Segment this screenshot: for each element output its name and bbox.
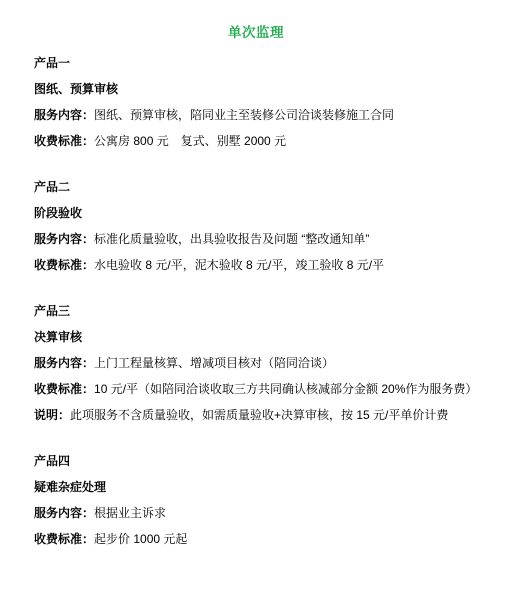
detail-text: 标准化质量验收，出具验收报告及问题 “整改通知单” [94,232,369,246]
detail-text: 10 元/平（如陪同洽谈收取三方共同确认核减部分金额 20%作为服务费） [94,382,477,396]
product-heading: 产品一 [34,57,478,70]
detail-row-service: 服务内容：图纸、预算审核，陪同业主至装修公司洽谈装修施工合同 [34,109,478,122]
detail-label: 服务内容： [34,356,94,370]
detail-text: 上门工程量核算、增减项目核对（陪同洽谈） [94,356,334,370]
product-heading: 产品二 [34,181,478,194]
product-section-1: 产品一 图纸、预算审核 服务内容：图纸、预算审核，陪同业主至装修公司洽谈装修施工… [34,57,478,148]
detail-label: 收费标准： [34,258,94,272]
detail-row-pricing: 收费标准：水电验收 8 元/平，泥木验收 8 元/平，竣工验收 8 元/平 [34,259,478,272]
detail-row-pricing: 收费标准：10 元/平（如陪同洽谈收取三方共同确认核减部分金额 20%作为服务费… [34,383,478,396]
detail-label: 服务内容： [34,506,94,520]
detail-label: 收费标准： [34,134,94,148]
detail-row-service: 服务内容：标准化质量验收，出具验收报告及问题 “整改通知单” [34,233,478,246]
detail-label: 收费标准： [34,532,94,546]
product-heading: 产品四 [34,455,478,468]
detail-text: 公寓房 800 元 复式、别墅 2000 元 [94,134,286,148]
detail-row-service: 服务内容：上门工程量核算、增减项目核对（陪同洽谈） [34,357,478,370]
detail-text: 此项服务不含质量验收，如需质量验收+决算审核，按 15 元/平单价计费 [70,408,448,422]
detail-row-pricing: 收费标准：公寓房 800 元 复式、别墅 2000 元 [34,135,478,148]
product-section-2: 产品二 阶段验收 服务内容：标准化质量验收，出具验收报告及问题 “整改通知单” … [34,181,478,272]
product-name: 阶段验收 [34,207,478,220]
product-name: 决算审核 [34,331,478,344]
product-name: 疑难杂症处理 [34,481,478,494]
detail-row-pricing: 收费标准：起步价 1000 元起 [34,533,478,546]
detail-row-service: 服务内容：根据业主诉求 [34,507,478,520]
detail-label: 服务内容： [34,232,94,246]
detail-text: 起步价 1000 元起 [94,532,187,546]
detail-text: 水电验收 8 元/平，泥木验收 8 元/平，竣工验收 8 元/平 [94,258,384,272]
product-section-4: 产品四 疑难杂症处理 服务内容：根据业主诉求 收费标准：起步价 1000 元起 [34,455,478,546]
detail-label: 服务内容： [34,108,94,122]
detail-label: 收费标准： [34,382,94,396]
product-section-3: 产品三 决算审核 服务内容：上门工程量核算、增减项目核对（陪同洽谈） 收费标准：… [34,305,478,422]
page-title: 单次监理 [34,26,478,40]
detail-label: 说明： [34,408,70,422]
detail-text: 图纸、预算审核，陪同业主至装修公司洽谈装修施工合同 [94,108,394,122]
product-name: 图纸、预算审核 [34,83,478,96]
document-page: 单次监理 产品一 图纸、预算审核 服务内容：图纸、预算审核，陪同业主至装修公司洽… [0,0,508,592]
detail-text: 根据业主诉求 [94,506,166,520]
product-heading: 产品三 [34,305,478,318]
detail-row-note: 说明：此项服务不含质量验收，如需质量验收+决算审核，按 15 元/平单价计费 [34,409,478,422]
